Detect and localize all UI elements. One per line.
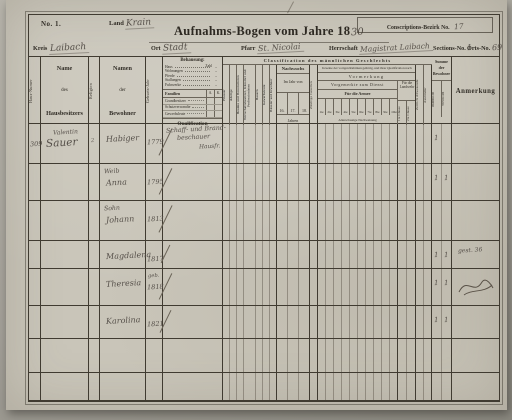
cell-year: 1813 bbox=[146, 201, 163, 240]
cell-lw1 bbox=[398, 306, 407, 338]
armee-age-col: 9te bbox=[382, 99, 390, 115]
cell-a9 bbox=[382, 269, 390, 305]
cell-a7 bbox=[366, 339, 374, 372]
pencil-mark bbox=[287, 1, 294, 13]
cell-r1 bbox=[230, 339, 237, 372]
cell-lw1 bbox=[398, 373, 407, 400]
cell-a9 bbox=[382, 306, 390, 338]
cell-lw1 bbox=[398, 241, 407, 268]
cell-a3 bbox=[334, 339, 342, 372]
cell-a4 bbox=[342, 269, 350, 305]
cell-lw2 bbox=[407, 306, 416, 338]
cell-sw bbox=[442, 373, 452, 400]
cell-r0 bbox=[223, 373, 230, 400]
cell-a3 bbox=[334, 201, 342, 240]
dwelling-items: Haus–Wohnungen–Pferde–Stallungen–Fuhrwer… bbox=[163, 64, 222, 87]
cell-r1 bbox=[230, 124, 237, 163]
cell-a8 bbox=[374, 164, 382, 200]
dotted-leader bbox=[183, 85, 210, 86]
cell-a7 bbox=[366, 373, 374, 400]
family-cell bbox=[206, 98, 214, 104]
cell-r5 bbox=[263, 373, 270, 400]
landwehr-label: Für die Landwehr bbox=[398, 79, 416, 101]
cell-n18 bbox=[299, 269, 310, 305]
birth-year-entry: 1779 bbox=[147, 138, 164, 147]
armee-age-columns: 1te2te3te4te5te6te7te8te9te10te bbox=[318, 99, 398, 115]
tally-female: 1 bbox=[444, 251, 449, 259]
cell-lw2 bbox=[407, 241, 416, 268]
col-header-house-number: Haus-Numer bbox=[29, 57, 41, 125]
cell-n16 bbox=[277, 164, 288, 200]
cell-r4 bbox=[256, 339, 263, 372]
cell-a4 bbox=[342, 124, 350, 163]
cell-a6 bbox=[358, 373, 366, 400]
armee-age-col: 3te bbox=[334, 99, 342, 115]
table-row: Karolina182111 bbox=[29, 306, 499, 339]
nachwuchs-title: Nachwuchs bbox=[277, 65, 309, 74]
cell-a7 bbox=[366, 269, 374, 305]
cell-qual bbox=[163, 164, 223, 200]
cell-a9 bbox=[382, 241, 390, 268]
family-cell bbox=[214, 111, 222, 117]
dwelling-item: Fuhrwerke– bbox=[163, 82, 222, 87]
col-header-dwelling: Behausung: Zahl Haus–Wohnungen–Pferde–St… bbox=[163, 57, 223, 125]
cell-lw2 bbox=[407, 201, 416, 240]
sum-col-male: Männlich bbox=[432, 81, 442, 117]
cell-qual bbox=[163, 306, 223, 338]
paper-sheet: No. 1. Land Krain Aufnahms-Bogen vom Jah… bbox=[6, 0, 507, 410]
family-row: Schutzverwandte bbox=[163, 105, 222, 112]
cell-a1 bbox=[318, 269, 326, 305]
cell-bew bbox=[100, 339, 146, 372]
cell-n18 bbox=[299, 164, 310, 200]
landwehr-col-1: 1te Classe bbox=[398, 101, 407, 125]
cell-n17 bbox=[288, 201, 299, 240]
cell-rr2 bbox=[424, 339, 432, 372]
cell-a9 bbox=[382, 339, 390, 372]
cell-r2 bbox=[237, 201, 244, 240]
cell-n17 bbox=[288, 241, 299, 268]
cell-lw2 bbox=[407, 373, 416, 400]
cell-sm: 1 bbox=[432, 124, 442, 163]
cell-anm bbox=[452, 269, 499, 305]
form-frame: No. 1. Land Krain Aufnahms-Bogen vom Jah… bbox=[28, 14, 500, 402]
tally-male: 1 bbox=[434, 316, 439, 324]
resident-name: Karolina bbox=[106, 315, 141, 326]
cell-rm bbox=[310, 339, 318, 372]
cell-sm bbox=[432, 201, 442, 240]
armee-age-col: 1te bbox=[318, 99, 326, 115]
tally-male: 1 bbox=[434, 251, 439, 259]
cell-a5 bbox=[350, 269, 358, 305]
armee-age-col: 2te bbox=[326, 99, 334, 115]
cell-r6 bbox=[270, 306, 277, 338]
table-row: Magdalena181711gest. 36 bbox=[29, 241, 499, 269]
cell-year: 1795 bbox=[146, 164, 163, 200]
cell-a9 bbox=[382, 124, 390, 163]
cell-a1 bbox=[318, 373, 326, 400]
cell-stand: 2 bbox=[89, 124, 100, 163]
family-header: Familien bbox=[165, 91, 180, 96]
cell-a1 bbox=[318, 124, 326, 163]
dwelling-zahl-label: Zahl bbox=[205, 64, 212, 68]
vormerkung-line-1: In keine der vorigen Rubriken gehörig, u… bbox=[322, 65, 411, 71]
cell-bew: Theresia bbox=[100, 269, 146, 305]
cell-hausno bbox=[29, 241, 41, 268]
cell-a10 bbox=[390, 164, 398, 200]
bezirk-label: Conscriptions-Bezirk No. bbox=[387, 25, 450, 31]
cell-a3 bbox=[334, 124, 342, 163]
cell-rr1 bbox=[416, 339, 424, 372]
resident-relation: Sohn bbox=[104, 205, 120, 213]
dienst-label: Vorgemerkte zum Dienst bbox=[318, 81, 398, 90]
cell-n17 bbox=[288, 306, 299, 338]
classification-title: Classification des männlichen Geschlecht… bbox=[223, 57, 432, 65]
cell-bew: Karolina bbox=[100, 306, 146, 338]
cell-a10 bbox=[390, 306, 398, 338]
col-group-sum: SummederBewohner Männlich Weiblich bbox=[432, 57, 452, 125]
cell-stand bbox=[89, 269, 100, 305]
cell-lw2 bbox=[407, 164, 416, 200]
cell-a6 bbox=[358, 164, 366, 200]
table-row: SohnJohann1813 bbox=[29, 201, 499, 241]
cell-owner bbox=[41, 164, 89, 200]
cell-r6 bbox=[270, 124, 277, 163]
cell-r6 bbox=[270, 241, 277, 268]
cell-a2 bbox=[326, 241, 334, 268]
resident-name: Theresia bbox=[106, 278, 142, 289]
tally-female: 1 bbox=[444, 279, 449, 287]
cell-hausno bbox=[29, 373, 41, 400]
cell-a4 bbox=[342, 306, 350, 338]
col-header-owner: NamedesHausbesitzers bbox=[41, 57, 89, 125]
birth-year-entry: 1818 bbox=[147, 283, 164, 292]
cell-n16 bbox=[277, 241, 288, 268]
cell-rr2 bbox=[424, 241, 432, 268]
birth-year-entry: 1795 bbox=[147, 178, 164, 187]
pfarr-value: St. Nicolai bbox=[257, 42, 304, 54]
ort-label: Ort bbox=[151, 45, 161, 52]
cell-rm bbox=[310, 373, 318, 400]
cell-rm bbox=[310, 201, 318, 240]
cell-a5 bbox=[350, 124, 358, 163]
cell-a8 bbox=[374, 373, 382, 400]
cell-r5 bbox=[263, 201, 270, 240]
nachwuchs-age-17: 17. bbox=[288, 93, 299, 114]
cell-n18 bbox=[299, 241, 310, 268]
table-header: Haus-Numer NamedesHausbesitzers Religion… bbox=[29, 56, 499, 124]
cell-a2 bbox=[326, 269, 334, 305]
cell-qual bbox=[163, 241, 223, 268]
dwelling-dash: – bbox=[212, 74, 220, 78]
cell-a2 bbox=[326, 164, 334, 200]
cell-r3 bbox=[244, 164, 256, 200]
classification-column: Adelige bbox=[230, 65, 237, 125]
cell-a6 bbox=[358, 306, 366, 338]
cell-year: geb.1818 bbox=[146, 269, 163, 305]
dotted-leader bbox=[183, 80, 210, 81]
cell-owner bbox=[41, 339, 89, 372]
family-cell bbox=[214, 98, 222, 104]
family-col-k: K. bbox=[214, 90, 222, 97]
table-row: WeibAnna179511 bbox=[29, 164, 499, 201]
cell-lw2 bbox=[407, 124, 416, 163]
cell-hausno bbox=[29, 339, 41, 372]
cell-r3 bbox=[244, 306, 256, 338]
cell-qual bbox=[163, 339, 223, 372]
cell-qual: Schaff- und Brand-beschauerHausfr. bbox=[163, 124, 223, 163]
stand-entry: 2 bbox=[91, 138, 95, 144]
cell-hausno bbox=[29, 306, 41, 338]
cell-r4 bbox=[256, 241, 263, 268]
cell-a9 bbox=[382, 164, 390, 200]
cell-a7 bbox=[366, 241, 374, 268]
cell-a8 bbox=[374, 241, 382, 268]
cell-a1 bbox=[318, 306, 326, 338]
cell-a10 bbox=[390, 269, 398, 305]
cell-a9 bbox=[382, 201, 390, 240]
cell-stand bbox=[89, 164, 100, 200]
cell-sw: 1 bbox=[442, 241, 452, 268]
cell-r4 bbox=[256, 164, 263, 200]
cell-stand bbox=[89, 241, 100, 268]
col-header-birth-year: Geburts-Jahr bbox=[146, 57, 163, 125]
cell-n16 bbox=[277, 269, 288, 305]
cell-anm bbox=[452, 201, 499, 240]
qualification-line-2: beschauer bbox=[177, 133, 210, 142]
cell-r2 bbox=[237, 373, 244, 400]
cell-r2 bbox=[237, 339, 244, 372]
col-header-remarks: Anmerkung bbox=[452, 57, 499, 125]
cell-r3 bbox=[244, 201, 256, 240]
cell-a1 bbox=[318, 241, 326, 268]
form-header-row-1: No. 1. Land Krain Aufnahms-Bogen vom Jah… bbox=[29, 15, 499, 35]
cell-lw2 bbox=[407, 269, 416, 305]
herrschaft-value: Magistrat Laibach bbox=[359, 41, 433, 55]
col-header-absent: Zeitlich Abwesende bbox=[416, 65, 424, 125]
sum-col-female: Weiblich bbox=[442, 81, 452, 117]
cell-sw bbox=[442, 201, 452, 240]
cell-rr1 bbox=[416, 373, 424, 400]
cell-a4 bbox=[342, 373, 350, 400]
bezirk-value: 17 bbox=[453, 20, 463, 34]
pfarr-label: Pfarr bbox=[241, 45, 255, 52]
col-header-guild: Zünftige Gesellen bbox=[310, 65, 318, 125]
cell-a2 bbox=[326, 124, 334, 163]
cell-a5 bbox=[350, 164, 358, 200]
cell-n17 bbox=[288, 269, 299, 305]
cell-r5 bbox=[263, 241, 270, 268]
dwelling-title: Behausung: bbox=[163, 57, 222, 64]
cell-r0 bbox=[223, 269, 230, 305]
classification-column: Häusler und Inwohner bbox=[270, 65, 277, 125]
cell-a5 bbox=[350, 306, 358, 338]
cell-a5 bbox=[350, 241, 358, 268]
resident-name: Johann bbox=[106, 214, 135, 224]
cell-rr2 bbox=[424, 164, 432, 200]
cell-a3 bbox=[334, 306, 342, 338]
cell-r1 bbox=[230, 241, 237, 268]
cell-bew: WeibAnna bbox=[100, 164, 146, 200]
conscription-district-box: Conscriptions-Bezirk No. 17 bbox=[357, 17, 493, 33]
cell-n16 bbox=[277, 201, 288, 240]
tally-male: 1 bbox=[434, 134, 439, 142]
classification-column: Bauern bbox=[256, 65, 263, 125]
cell-r1 bbox=[230, 164, 237, 200]
ort-value: Stadt bbox=[162, 42, 191, 54]
cell-r0 bbox=[223, 124, 230, 163]
cell-a1 bbox=[318, 164, 326, 200]
dotted-leader bbox=[177, 76, 210, 77]
cell-a7 bbox=[366, 201, 374, 240]
cell-anm bbox=[452, 306, 499, 338]
cell-year: 1779 bbox=[146, 124, 163, 163]
cell-r2 bbox=[237, 269, 244, 305]
cell-rr1 bbox=[416, 241, 424, 268]
cell-year bbox=[146, 339, 163, 372]
cell-bew: Habiger bbox=[100, 124, 146, 163]
cell-year: 1817 bbox=[146, 241, 163, 268]
cell-rm bbox=[310, 269, 318, 305]
cell-r0 bbox=[223, 339, 230, 372]
classification-column: Gewerbsleute bbox=[263, 65, 270, 125]
cell-bew: Magdalena bbox=[100, 241, 146, 268]
cell-a8 bbox=[374, 269, 382, 305]
nachwuchs-ages: 16. 17. 18. bbox=[277, 92, 309, 115]
cell-n17 bbox=[288, 373, 299, 400]
cell-rr1 bbox=[416, 124, 424, 163]
classification-column: Wirtschaftsbesitzer, Künstler und Profes… bbox=[244, 65, 256, 125]
cell-sm: 1 bbox=[432, 164, 442, 200]
cell-a7 bbox=[366, 306, 374, 338]
cell-qual bbox=[163, 373, 223, 400]
landwehr-col-2: 2te Classe bbox=[407, 101, 416, 125]
sum-title: SummederBewohner bbox=[432, 57, 451, 81]
cell-sw: 1 bbox=[442, 306, 452, 338]
scanned-document: No. 1. Land Krain Aufnahms-Bogen vom Jah… bbox=[0, 0, 512, 420]
cell-a3 bbox=[334, 373, 342, 400]
family-row: Grundbesitzer bbox=[163, 98, 222, 105]
col-group-vormerkung: In keine der vorigen Rubriken gehörig, u… bbox=[318, 65, 416, 125]
resident-relation: Weib bbox=[104, 168, 120, 176]
cell-lw1 bbox=[398, 269, 407, 305]
dotted-leader bbox=[188, 100, 204, 101]
classification-column: Priester bbox=[223, 65, 230, 125]
cell-lw1 bbox=[398, 124, 407, 163]
resident-name: Magdalena bbox=[106, 250, 152, 261]
cell-rr2 bbox=[424, 124, 432, 163]
cell-anm bbox=[452, 164, 499, 200]
family-col-a: A. bbox=[206, 90, 214, 97]
dwelling-dash: – bbox=[212, 83, 220, 87]
cell-a8 bbox=[374, 339, 382, 372]
cell-owner bbox=[41, 269, 89, 305]
table-row: 309ValentinSauer2Habiger1779Schaff- und … bbox=[29, 124, 499, 164]
cell-rr2 bbox=[424, 373, 432, 400]
cell-a4 bbox=[342, 164, 350, 200]
birth-year-entry: 1813 bbox=[147, 215, 164, 224]
dwelling-dash: – bbox=[212, 78, 220, 82]
cell-r2 bbox=[237, 164, 244, 200]
family-cell bbox=[214, 105, 222, 111]
cell-bew bbox=[100, 373, 146, 400]
cell-sw bbox=[442, 124, 452, 163]
cell-lw1 bbox=[398, 201, 407, 240]
cell-a10 bbox=[390, 373, 398, 400]
cell-n16 bbox=[277, 306, 288, 338]
cell-anm: gest. 36 bbox=[452, 241, 499, 268]
cell-sw: 1 bbox=[442, 269, 452, 305]
cell-a2 bbox=[326, 306, 334, 338]
form-number: No. 1. bbox=[41, 20, 61, 28]
cell-a6 bbox=[358, 269, 366, 305]
flourish-mark bbox=[456, 273, 496, 304]
table-row bbox=[29, 373, 499, 401]
dotted-leader bbox=[187, 113, 204, 114]
armee-age-col: 8te bbox=[374, 99, 382, 115]
cell-r4 bbox=[256, 306, 263, 338]
cell-owner bbox=[41, 373, 89, 400]
cell-rr1 bbox=[416, 164, 424, 200]
cell-rm bbox=[310, 164, 318, 200]
armee-age-col: 10te bbox=[390, 99, 398, 115]
cell-n18 bbox=[299, 339, 310, 372]
cell-rr1 bbox=[416, 306, 424, 338]
cell-r6 bbox=[270, 201, 277, 240]
cell-r5 bbox=[263, 124, 270, 163]
cell-n17 bbox=[288, 124, 299, 163]
cell-r4 bbox=[256, 269, 263, 305]
cell-lw1 bbox=[398, 164, 407, 200]
kreis-label: Kreis bbox=[33, 45, 47, 52]
cell-r3 bbox=[244, 373, 256, 400]
cell-a6 bbox=[358, 339, 366, 372]
nachwuchs-foot: Jahren bbox=[277, 115, 309, 123]
cell-r5 bbox=[263, 164, 270, 200]
cell-sm: 1 bbox=[432, 269, 442, 305]
cell-qual bbox=[163, 201, 223, 240]
cell-a8 bbox=[374, 306, 382, 338]
cell-owner bbox=[41, 306, 89, 338]
cell-owner: ValentinSauer bbox=[41, 124, 89, 163]
cell-r0 bbox=[223, 164, 230, 200]
col-header-residents: NamenderBewohner bbox=[100, 57, 146, 125]
cell-r3 bbox=[244, 124, 256, 163]
cell-r5 bbox=[263, 306, 270, 338]
cell-a3 bbox=[334, 164, 342, 200]
cell-r3 bbox=[244, 269, 256, 305]
cell-n16 bbox=[277, 124, 288, 163]
cell-a10 bbox=[390, 124, 398, 163]
col-group-nachwuchs: Nachwuchs Im Jahr von 16. 17. 18. Jahren bbox=[277, 65, 310, 125]
cell-hausno bbox=[29, 269, 41, 305]
orts-label: Orts-No. bbox=[467, 45, 490, 52]
owner-last-name: Sauer bbox=[46, 136, 78, 150]
cell-a4 bbox=[342, 241, 350, 268]
cell-stand bbox=[89, 339, 100, 372]
cell-a6 bbox=[358, 201, 366, 240]
cell-n18 bbox=[299, 373, 310, 400]
cell-stand bbox=[89, 306, 100, 338]
cell-n16 bbox=[277, 373, 288, 400]
qualification-note: Hausfr. bbox=[199, 143, 221, 150]
cell-year: 1821 bbox=[146, 306, 163, 338]
cell-a5 bbox=[350, 373, 358, 400]
resident-name: Habiger bbox=[106, 133, 140, 144]
cell-r6 bbox=[270, 373, 277, 400]
cell-r2 bbox=[237, 241, 244, 268]
cell-rm bbox=[310, 306, 318, 338]
